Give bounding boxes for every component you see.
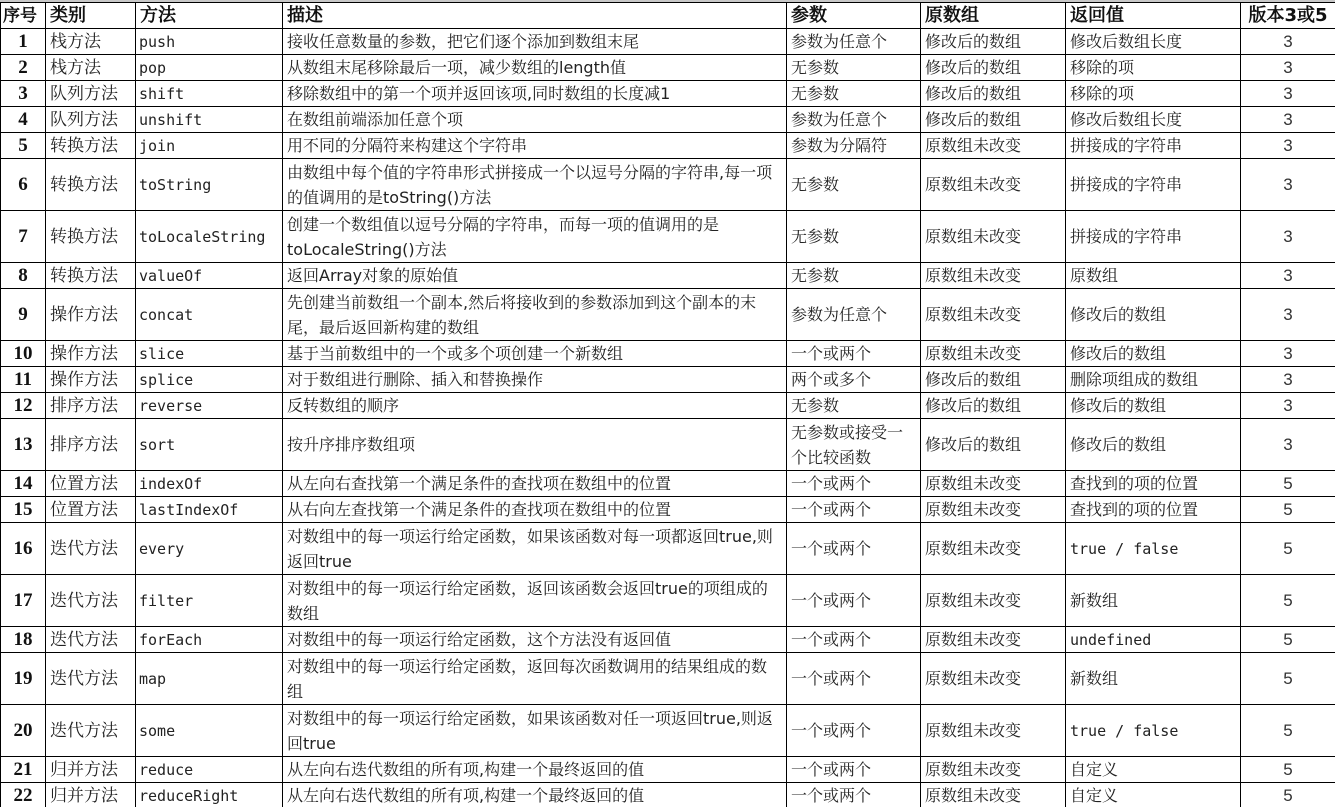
cell-category: 转换方法 (46, 133, 136, 159)
table-row: 22 归并方法 reduceRight 从左向右迭代数组的所有项,构建一个最终返… (1, 783, 1335, 807)
cell-description: 对数组中的每一项运行给定函数，这个方法没有返回值 (283, 627, 787, 653)
cell-version: 3 (1241, 341, 1335, 367)
cell-description: 由数组中每个值的字符串形式拼接成一个以逗号分隔的字符串,每一项的值调用的是toS… (283, 159, 787, 211)
cell-description: 对数组中的每一项运行给定函数，如果该函数对任一项返回true,则返回true (283, 705, 787, 757)
cell-return-value: 拼接成的字符串 (1066, 159, 1241, 211)
header-version: 版本3或5 (1241, 3, 1335, 29)
cell-original-array: 修改后的数组 (921, 393, 1066, 419)
cell-description: 对数组中的每一项运行给定函数，如果该函数对每一项都返回true,则返回true (283, 523, 787, 575)
header-return-value: 返回值 (1066, 3, 1241, 29)
cell-description: 对数组中的每一项运行给定函数，返回每次函数调用的结果组成的数组 (283, 653, 787, 705)
cell-category: 归并方法 (46, 783, 136, 807)
table-row: 2 栈方法 pop 从数组末尾移除最后一项，减少数组的length值 无参数 修… (1, 55, 1335, 81)
cell-method: push (136, 29, 283, 55)
cell-return-value: 修改后的数组 (1066, 289, 1241, 341)
cell-params: 参数为任意个 (787, 289, 921, 341)
cell-params: 无参数或接受一个比较函数 (787, 419, 921, 471)
cell-original-array: 修改后的数组 (921, 107, 1066, 133)
cell-return-value: 查找到的项的位置 (1066, 497, 1241, 523)
cell-params: 一个或两个 (787, 653, 921, 705)
cell-method: filter (136, 575, 283, 627)
cell-method: every (136, 523, 283, 575)
cell-version: 5 (1241, 523, 1335, 575)
cell-params: 无参数 (787, 159, 921, 211)
cell-method: slice (136, 341, 283, 367)
cell-params: 一个或两个 (787, 627, 921, 653)
header-params: 参数 (787, 3, 921, 29)
cell-params: 一个或两个 (787, 497, 921, 523)
cell-return-value: 查找到的项的位置 (1066, 471, 1241, 497)
cell-return-value: 修改后的数组 (1066, 341, 1241, 367)
cell-description: 从左向右迭代数组的所有项,构建一个最终返回的值 (283, 783, 787, 807)
cell-description: 对于数组进行删除、插入和替换操作 (283, 367, 787, 393)
header-row: 序号 类别 方法 描述 参数 原数组 返回值 版本3或5 (1, 3, 1335, 29)
cell-method: reverse (136, 393, 283, 419)
cell-original-array: 原数组未改变 (921, 341, 1066, 367)
cell-description: 用不同的分隔符来构建这个字符串 (283, 133, 787, 159)
cell-params: 一个或两个 (787, 471, 921, 497)
cell-category: 排序方法 (46, 393, 136, 419)
cell-version: 5 (1241, 783, 1335, 807)
cell-method: reduceRight (136, 783, 283, 807)
table-body: 1 栈方法 push 接收任意数量的参数，把它们逐个添加到数组末尾 参数为任意个… (1, 29, 1335, 807)
cell-index: 3 (1, 81, 46, 107)
cell-params: 参数为任意个 (787, 29, 921, 55)
array-methods-table: 序号 类别 方法 描述 参数 原数组 返回值 版本3或5 1 栈方法 push … (0, 2, 1335, 807)
cell-index: 10 (1, 341, 46, 367)
cell-original-array: 原数组未改变 (921, 653, 1066, 705)
cell-method: reduce (136, 757, 283, 783)
cell-category: 位置方法 (46, 497, 136, 523)
header-description: 描述 (283, 3, 787, 29)
cell-return-value: undefined (1066, 627, 1241, 653)
cell-original-array: 原数组未改变 (921, 471, 1066, 497)
cell-category: 归并方法 (46, 757, 136, 783)
cell-category: 转换方法 (46, 211, 136, 263)
cell-version: 5 (1241, 653, 1335, 705)
cell-return-value: 原数组 (1066, 263, 1241, 289)
cell-version: 3 (1241, 393, 1335, 419)
cell-params: 一个或两个 (787, 757, 921, 783)
cell-method: toLocaleString (136, 211, 283, 263)
cell-method: join (136, 133, 283, 159)
cell-category: 栈方法 (46, 29, 136, 55)
cell-method: map (136, 653, 283, 705)
cell-return-value: true / false (1066, 523, 1241, 575)
table-row: 4 队列方法 unshift 在数组前端添加任意个项 参数为任意个 修改后的数组… (1, 107, 1335, 133)
cell-return-value: 自定义 (1066, 757, 1241, 783)
cell-index: 15 (1, 497, 46, 523)
cell-index: 6 (1, 159, 46, 211)
cell-params: 无参数 (787, 393, 921, 419)
cell-version: 3 (1241, 159, 1335, 211)
cell-original-array: 原数组未改变 (921, 133, 1066, 159)
table-row: 7 转换方法 toLocaleString 创建一个数组值以逗号分隔的字符串，而… (1, 211, 1335, 263)
cell-category: 队列方法 (46, 107, 136, 133)
cell-description: 反转数组的顺序 (283, 393, 787, 419)
cell-method: splice (136, 367, 283, 393)
table-row: 8 转换方法 valueOf 返回Array对象的原始值 无参数 原数组未改变 … (1, 263, 1335, 289)
cell-index: 14 (1, 471, 46, 497)
cell-return-value: 拼接成的字符串 (1066, 211, 1241, 263)
cell-original-array: 原数组未改变 (921, 289, 1066, 341)
cell-method: concat (136, 289, 283, 341)
cell-return-value: 拼接成的字符串 (1066, 133, 1241, 159)
table-row: 17 迭代方法 filter 对数组中的每一项运行给定函数，返回该函数会返回tr… (1, 575, 1335, 627)
table-row: 19 迭代方法 map 对数组中的每一项运行给定函数，返回每次函数调用的结果组成… (1, 653, 1335, 705)
cell-original-array: 原数组未改变 (921, 159, 1066, 211)
cell-original-array: 原数组未改变 (921, 757, 1066, 783)
cell-return-value: 新数组 (1066, 575, 1241, 627)
cell-original-array: 原数组未改变 (921, 263, 1066, 289)
cell-original-array: 原数组未改变 (921, 523, 1066, 575)
cell-index: 2 (1, 55, 46, 81)
table-row: 6 转换方法 toString 由数组中每个值的字符串形式拼接成一个以逗号分隔的… (1, 159, 1335, 211)
cell-category: 位置方法 (46, 471, 136, 497)
cell-version: 3 (1241, 107, 1335, 133)
cell-index: 7 (1, 211, 46, 263)
cell-index: 20 (1, 705, 46, 757)
cell-category: 转换方法 (46, 263, 136, 289)
cell-index: 5 (1, 133, 46, 159)
cell-version: 5 (1241, 627, 1335, 653)
cell-original-array: 原数组未改变 (921, 575, 1066, 627)
cell-description: 返回Array对象的原始值 (283, 263, 787, 289)
cell-category: 操作方法 (46, 367, 136, 393)
table-row: 13 排序方法 sort 按升序排序数组项 无参数或接受一个比较函数 修改后的数… (1, 419, 1335, 471)
cell-version: 5 (1241, 471, 1335, 497)
cell-params: 无参数 (787, 81, 921, 107)
cell-return-value: 删除项组成的数组 (1066, 367, 1241, 393)
cell-params: 无参数 (787, 211, 921, 263)
table-row: 12 排序方法 reverse 反转数组的顺序 无参数 修改后的数组 修改后的数… (1, 393, 1335, 419)
cell-index: 19 (1, 653, 46, 705)
cell-description: 按升序排序数组项 (283, 419, 787, 471)
cell-original-array: 修改后的数组 (921, 55, 1066, 81)
table-row: 5 转换方法 join 用不同的分隔符来构建这个字符串 参数为分隔符 原数组未改… (1, 133, 1335, 159)
cell-return-value: true / false (1066, 705, 1241, 757)
table-row: 3 队列方法 shift 移除数组中的第一个项并返回该项,同时数组的长度减1 无… (1, 81, 1335, 107)
cell-params: 一个或两个 (787, 575, 921, 627)
cell-return-value: 修改后的数组 (1066, 393, 1241, 419)
cell-params: 一个或两个 (787, 705, 921, 757)
cell-method: indexOf (136, 471, 283, 497)
cell-category: 操作方法 (46, 341, 136, 367)
cell-version: 5 (1241, 705, 1335, 757)
table-row: 10 操作方法 slice 基于当前数组中的一个或多个项创建一个新数组 一个或两… (1, 341, 1335, 367)
cell-index: 12 (1, 393, 46, 419)
cell-version: 3 (1241, 29, 1335, 55)
cell-params: 参数为分隔符 (787, 133, 921, 159)
cell-method: forEach (136, 627, 283, 653)
cell-return-value: 修改后数组长度 (1066, 107, 1241, 133)
cell-description: 从右向左查找第一个满足条件的查找项在数组中的位置 (283, 497, 787, 523)
cell-version: 3 (1241, 133, 1335, 159)
cell-description: 从数组末尾移除最后一项，减少数组的length值 (283, 55, 787, 81)
cell-params: 一个或两个 (787, 341, 921, 367)
cell-index: 9 (1, 289, 46, 341)
table-row: 16 迭代方法 every 对数组中的每一项运行给定函数，如果该函数对每一项都返… (1, 523, 1335, 575)
cell-description: 在数组前端添加任意个项 (283, 107, 787, 133)
cell-method: lastIndexOf (136, 497, 283, 523)
table-row: 14 位置方法 indexOf 从左向右查找第一个满足条件的查找项在数组中的位置… (1, 471, 1335, 497)
cell-description: 对数组中的每一项运行给定函数，返回该函数会返回true的项组成的数组 (283, 575, 787, 627)
cell-version: 3 (1241, 367, 1335, 393)
cell-category: 迭代方法 (46, 523, 136, 575)
cell-return-value: 新数组 (1066, 653, 1241, 705)
cell-original-array: 原数组未改变 (921, 705, 1066, 757)
cell-original-array: 原数组未改变 (921, 497, 1066, 523)
cell-method: toString (136, 159, 283, 211)
cell-category: 迭代方法 (46, 575, 136, 627)
cell-category: 操作方法 (46, 289, 136, 341)
header-original-array: 原数组 (921, 3, 1066, 29)
cell-category: 迭代方法 (46, 653, 136, 705)
cell-category: 队列方法 (46, 81, 136, 107)
cell-version: 3 (1241, 211, 1335, 263)
table-row: 15 位置方法 lastIndexOf 从右向左查找第一个满足条件的查找项在数组… (1, 497, 1335, 523)
cell-index: 8 (1, 263, 46, 289)
cell-version: 5 (1241, 757, 1335, 783)
cell-params: 无参数 (787, 55, 921, 81)
cell-original-array: 修改后的数组 (921, 367, 1066, 393)
table-row: 20 迭代方法 some 对数组中的每一项运行给定函数，如果该函数对任一项返回t… (1, 705, 1335, 757)
cell-method: some (136, 705, 283, 757)
cell-description: 创建一个数组值以逗号分隔的字符串，而每一项的值调用的是toLocaleStrin… (283, 211, 787, 263)
cell-params: 两个或多个 (787, 367, 921, 393)
table-row: 11 操作方法 splice 对于数组进行删除、插入和替换操作 两个或多个 修改… (1, 367, 1335, 393)
cell-category: 迭代方法 (46, 627, 136, 653)
cell-return-value: 移除的项 (1066, 55, 1241, 81)
cell-description: 从左向右查找第一个满足条件的查找项在数组中的位置 (283, 471, 787, 497)
table-row: 21 归并方法 reduce 从左向右迭代数组的所有项,构建一个最终返回的值 一… (1, 757, 1335, 783)
cell-index: 11 (1, 367, 46, 393)
cell-category: 栈方法 (46, 55, 136, 81)
cell-index: 1 (1, 29, 46, 55)
cell-index: 13 (1, 419, 46, 471)
cell-method: valueOf (136, 263, 283, 289)
cell-method: unshift (136, 107, 283, 133)
cell-version: 3 (1241, 55, 1335, 81)
cell-original-array: 修改后的数组 (921, 29, 1066, 55)
header-category: 类别 (46, 3, 136, 29)
table-row: 1 栈方法 push 接收任意数量的参数，把它们逐个添加到数组末尾 参数为任意个… (1, 29, 1335, 55)
cell-version: 3 (1241, 419, 1335, 471)
cell-original-array: 修改后的数组 (921, 81, 1066, 107)
cell-version: 5 (1241, 575, 1335, 627)
cell-description: 从左向右迭代数组的所有项,构建一个最终返回的值 (283, 757, 787, 783)
cell-index: 16 (1, 523, 46, 575)
cell-return-value: 自定义 (1066, 783, 1241, 807)
cell-index: 18 (1, 627, 46, 653)
cell-params: 一个或两个 (787, 523, 921, 575)
table-row: 18 迭代方法 forEach 对数组中的每一项运行给定函数，这个方法没有返回值… (1, 627, 1335, 653)
cell-params: 无参数 (787, 263, 921, 289)
cell-method: sort (136, 419, 283, 471)
header-index: 序号 (1, 3, 46, 29)
cell-index: 22 (1, 783, 46, 807)
cell-params: 参数为任意个 (787, 107, 921, 133)
cell-original-array: 修改后的数组 (921, 419, 1066, 471)
cell-category: 迭代方法 (46, 705, 136, 757)
cell-original-array: 原数组未改变 (921, 783, 1066, 807)
cell-index: 4 (1, 107, 46, 133)
cell-original-array: 原数组未改变 (921, 627, 1066, 653)
cell-method: pop (136, 55, 283, 81)
cell-version: 3 (1241, 289, 1335, 341)
cell-version: 3 (1241, 81, 1335, 107)
cell-category: 转换方法 (46, 159, 136, 211)
cell-method: shift (136, 81, 283, 107)
cell-return-value: 修改后的数组 (1066, 419, 1241, 471)
cell-original-array: 原数组未改变 (921, 211, 1066, 263)
cell-params: 一个或两个 (787, 783, 921, 807)
array-methods-sheet: 序号 类别 方法 描述 参数 原数组 返回值 版本3或5 1 栈方法 push … (0, 0, 1335, 807)
cell-return-value: 移除的项 (1066, 81, 1241, 107)
cell-description: 基于当前数组中的一个或多个项创建一个新数组 (283, 341, 787, 367)
cell-index: 21 (1, 757, 46, 783)
table-row: 9 操作方法 concat 先创建当前数组一个副本,然后将接收到的参数添加到这个… (1, 289, 1335, 341)
cell-version: 3 (1241, 263, 1335, 289)
cell-return-value: 修改后数组长度 (1066, 29, 1241, 55)
cell-description: 接收任意数量的参数，把它们逐个添加到数组末尾 (283, 29, 787, 55)
cell-version: 5 (1241, 497, 1335, 523)
cell-index: 17 (1, 575, 46, 627)
cell-category: 排序方法 (46, 419, 136, 471)
cell-description: 先创建当前数组一个副本,然后将接收到的参数添加到这个副本的末尾，最后返回新构建的… (283, 289, 787, 341)
header-method: 方法 (136, 3, 283, 29)
cell-description: 移除数组中的第一个项并返回该项,同时数组的长度减1 (283, 81, 787, 107)
